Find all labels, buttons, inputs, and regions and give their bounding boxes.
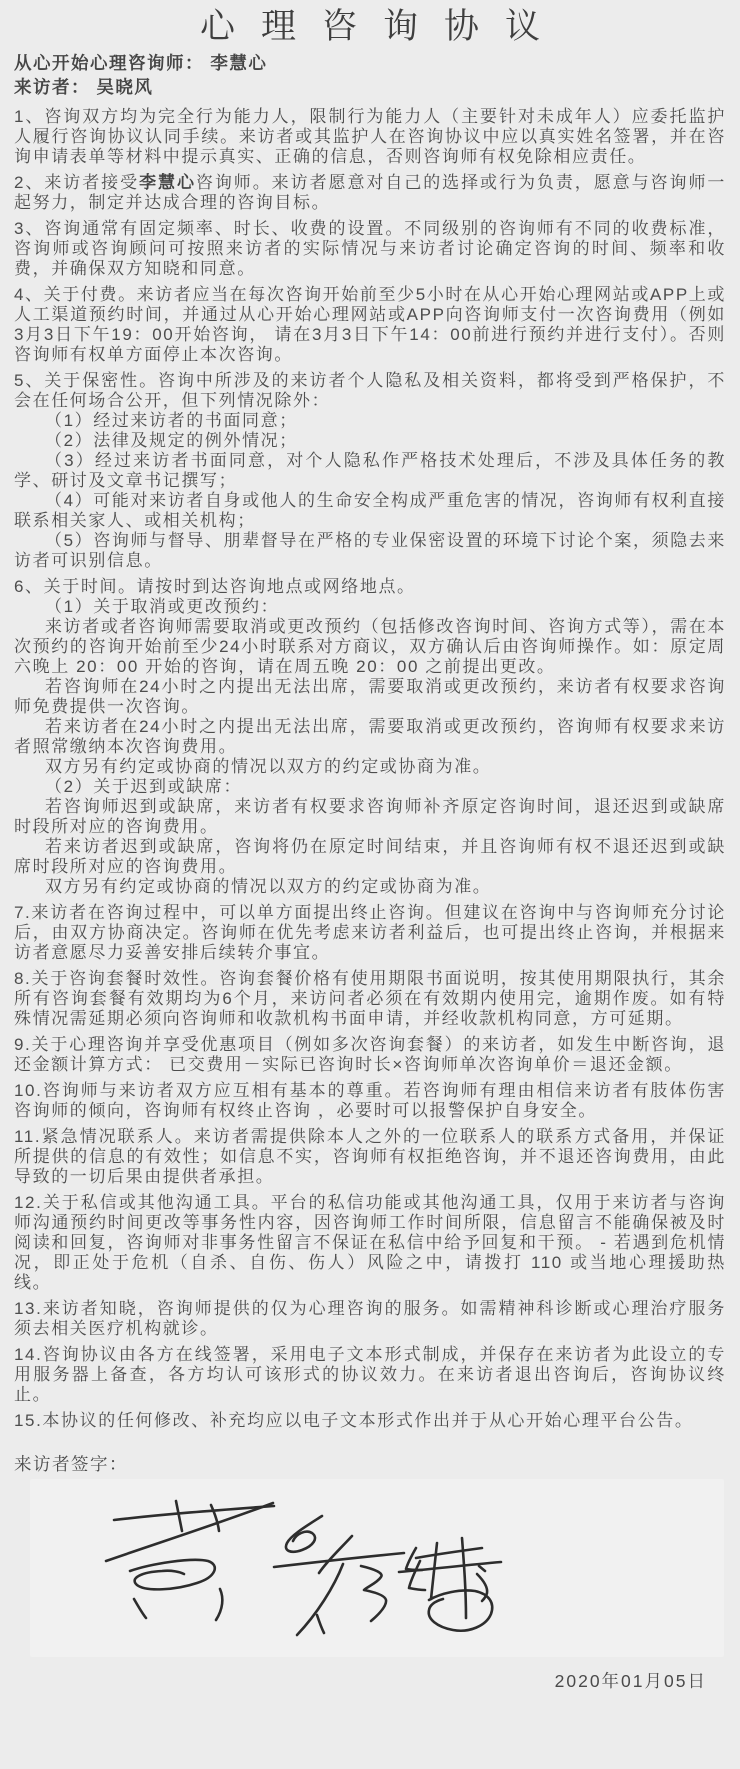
term-8: 8.关于咨询套餐时效性。咨询套餐价格有使用期限书面说明，按其使用期限执行，其余所…: [14, 969, 726, 1029]
page-title: 心理咨询协议: [14, 5, 726, 49]
term-7: 7.来访者在咨询过程中，可以单方面提出终止咨询。但建议在咨询中与咨询师充分讨论后…: [14, 903, 726, 963]
signature-area: [14, 1485, 726, 1660]
term-6-sub-1: （1）关于取消或更改预约：: [14, 597, 726, 617]
term-5-sub-1: （1）经过来访者的书面同意；: [14, 411, 726, 431]
counselor-line: 从心开始心理咨询师： 李慧心: [14, 51, 726, 75]
term-5-sub-2: （2）法律及规定的例外情况；: [14, 431, 726, 451]
term-6-sub-2: 来访者或者咨询师需要取消或更改预约（包括修改咨询时间、咨询方式等），需在本次预约…: [14, 617, 726, 677]
term-6-sub-6: （2）关于迟到或缺席：: [14, 777, 726, 797]
term-10: 10.咨询师与来访者双方应互相有基本的尊重。若咨询师有理由相信来访者有肢体伤害咨…: [14, 1081, 726, 1121]
term-5: 5、关于保密性。咨询中所涉及的来访者个人隐私及相关资料，都将受到严格保护，不会在…: [14, 371, 726, 571]
term-5-sub-5: （5）咨询师与督导、朋辈督导在严格的专业保密设置的环境下讨论个案，须隐去来访者可…: [14, 531, 726, 571]
term-6: 6、关于时间。请按时到达咨询地点或网络地点。 （1）关于取消或更改预约： 来访者…: [14, 577, 726, 897]
term-2: 2、来访者接受李慧心咨询师。来访者愿意对自己的选择或行为负责，愿意与咨询师一起努…: [14, 173, 726, 213]
term-15: 15.本协议的任何修改、补充均应以电子文本形式作出并于从心开始心理平台公告。: [14, 1411, 726, 1431]
counselor-name-bold: 李慧心: [139, 173, 196, 192]
terms-list: 1、咨询双方均为完全行为能力人，限制行为能力人（主要针对未成年人）应委托监护人履…: [14, 107, 726, 1431]
term-6-sub-4: 若来访者在24小时之内提出无法出席，需要取消或更改预约，咨询师有权要求来访者照常…: [14, 717, 726, 757]
term-3: 3、咨询通常有固定频率、时长、收费的设置。不同级别的咨询师有不同的收费标准，咨询…: [14, 219, 726, 279]
term-4: 4、关于付费。来访者应当在每次咨询开始前至少5小时在从心开始心理网站或APP上或…: [14, 285, 726, 365]
term-6-sub-3: 若咨询师在24小时之内提出无法出席，需要取消或更改预约，来访者有权要求咨询师免费…: [14, 677, 726, 717]
term-2-pre: 2、来访者接受: [14, 173, 139, 192]
term-5-sub-3: （3）经过来访者书面同意，对个人隐私作严格技术处理后，不涉及具体任务的教学、研讨…: [14, 451, 726, 491]
signature-date: 2020年01月05日: [14, 1670, 726, 1692]
term-6-sub-9: 双方另有约定或协商的情况以双方的约定或协商为准。: [14, 877, 726, 897]
term-5-intro: 5、关于保密性。咨询中所涉及的来访者个人隐私及相关资料，都将受到严格保护，不会在…: [14, 371, 726, 411]
term-6-intro: 6、关于时间。请按时到达咨询地点或网络地点。: [14, 577, 726, 597]
handwritten-signature: [70, 1487, 510, 1647]
term-1: 1、咨询双方均为完全行为能力人，限制行为能力人（主要针对未成年人）应委托监护人履…: [14, 107, 726, 167]
term-9: 9.关于心理咨询并享受优惠项目（例如多次咨询套餐）的来访者，如发生中断咨询，退还…: [14, 1035, 726, 1075]
term-12: 12.关于私信或其他沟通工具。平台的私信功能或其他沟通工具，仅用于来访者与咨询师…: [14, 1193, 726, 1293]
agreement-document: 心理咨询协议 从心开始心理咨询师： 李慧心 来访者： 吴晓风 1、咨询双方均为完…: [0, 5, 740, 1692]
term-14: 14.咨询协议由各方在线签署，采用电子文本形式制成，并保存在来访者为此设立的专用…: [14, 1345, 726, 1405]
visitor-line: 来访者： 吴晓风: [14, 75, 726, 99]
term-11: 11.紧急情况联系人。来访者需提供除本人之外的一位联系人的联系方式备用，并保证所…: [14, 1127, 726, 1187]
term-5-sub-4: （4）可能对来访者自身或他人的生命安全构成严重危害的情况，咨询师有权利直接联系相…: [14, 491, 726, 531]
term-6-sub-8: 若来访者迟到或缺席，咨询将仍在原定时间结束，并且咨询师有权不退还迟到或缺席时段所…: [14, 837, 726, 877]
signature-label: 来访者签字：: [14, 1453, 726, 1475]
term-13: 13.来访者知晓，咨询师提供的仅为心理咨询的服务。如需精神科诊断或心理治疗服务须…: [14, 1299, 726, 1339]
term-6-sub-5: 双方另有约定或协商的情况以双方的约定或协商为准。: [14, 757, 726, 777]
term-6-sub-7: 若咨询师迟到或缺席，来访者有权要求咨询师补齐原定咨询时间，退还迟到或缺席时段所对…: [14, 797, 726, 837]
